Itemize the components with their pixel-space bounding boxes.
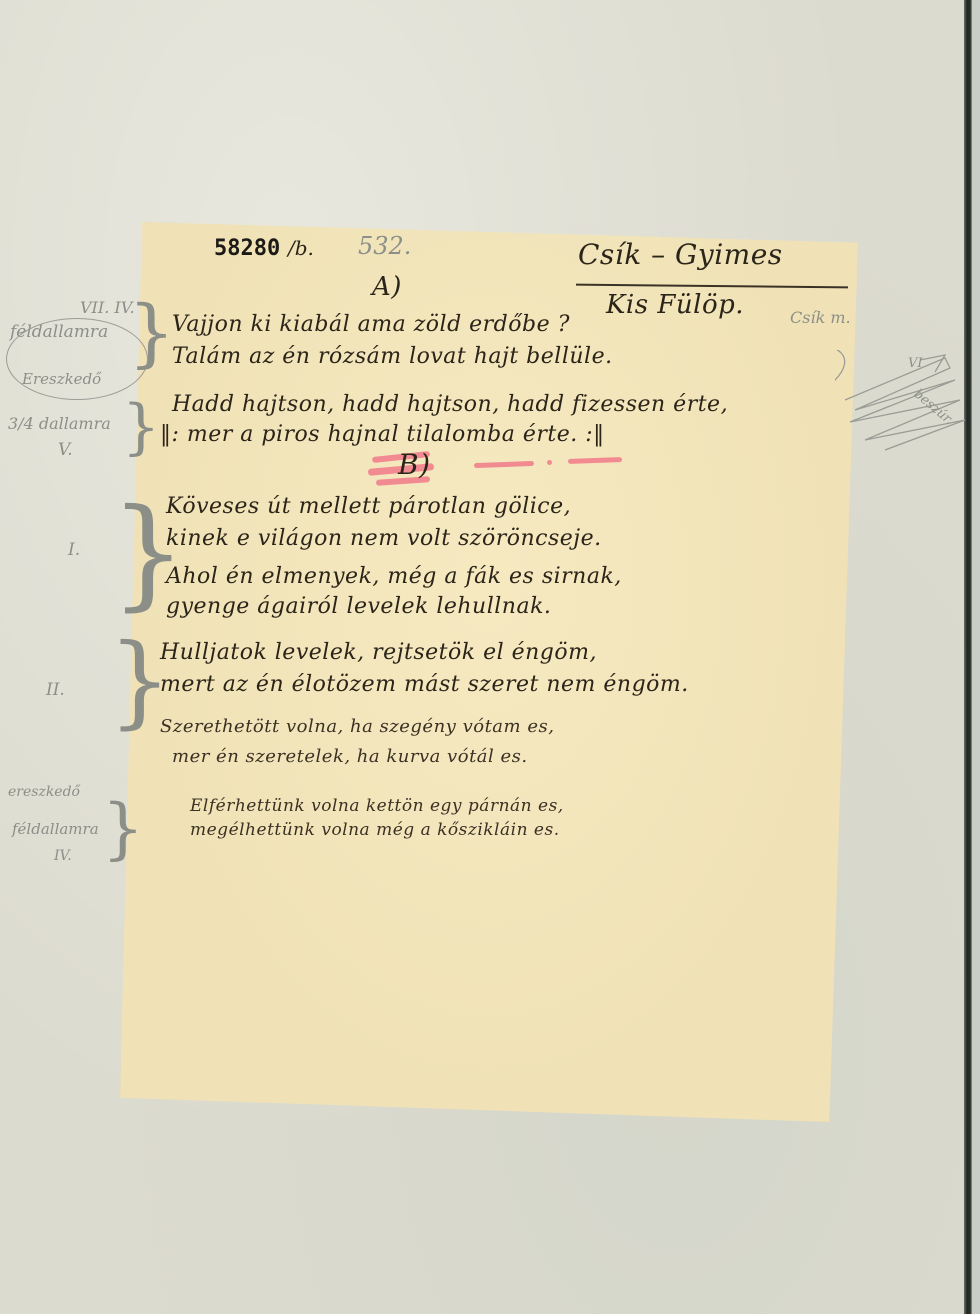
archive-stamp-number: 58280 [214, 236, 280, 261]
archive-stamp-suffix: /b. [288, 236, 314, 260]
lyric-line: Talám az én rózsám lovat hajt bellüle. [172, 344, 613, 369]
section-b-label: B) [398, 448, 431, 481]
brace-icon: } [128, 290, 175, 376]
margin-numerals: VII. IV. [80, 298, 135, 317]
scan-border [972, 0, 980, 1314]
brace-icon: } [122, 392, 160, 462]
margin-note: 3/4 dallamra [8, 414, 111, 433]
margin-numeral: II. [46, 680, 65, 700]
place-title: Csík – Gyimes [578, 238, 783, 271]
lyric-line: mert az én élotözem mást szeret nem éngö… [160, 672, 689, 697]
lyric-line: Hulljatok levelek, rejtsetök el éngöm, [160, 640, 597, 665]
cardboard-edge [964, 0, 972, 1314]
margin-note: féldallamra [12, 820, 99, 838]
lyric-line: Hadd hajtson, hadd hajtson, hadd fizesse… [172, 392, 728, 417]
margin-numeral: V. [58, 440, 73, 460]
pencil-reference-number: 532. [358, 232, 411, 260]
brace-icon: } [110, 484, 186, 623]
brace-icon: } [102, 790, 144, 867]
brace-icon: } [108, 622, 172, 739]
lyric-line: megélhettünk volna még a kőszikláin es. [190, 820, 560, 840]
red-pencil-dot [547, 460, 552, 465]
county-note: Csík m. [790, 308, 851, 327]
singer-name: Kis Fülöp. [606, 290, 744, 320]
lyric-line: Elférhettünk volna kettön egy párnán es, [190, 796, 564, 816]
lyric-line: Ahol én elmenyek, még a fák es sirnak, [166, 564, 622, 589]
margin-numerals: VI [908, 356, 923, 371]
lyric-line: Vajjon ki kiabál ama zöld erdőbe ? [172, 312, 570, 337]
margin-numeral: IV. [54, 848, 72, 864]
lyric-line: kinek e világon nem volt szöröncseje. [166, 526, 602, 551]
margin-numeral: I. [68, 540, 80, 560]
lyric-line: mer én szeretelek, ha kurva vótál es. [172, 746, 528, 767]
margin-note: ereszkedő [8, 784, 80, 800]
section-a-label: A) [372, 272, 402, 302]
lyric-line: ‖: mer a piros hajnal tilalomba érte. :‖ [160, 422, 605, 447]
lyric-line: gyenge ágairól levelek lehullnak. [166, 594, 551, 619]
lyric-line: Szerethetött volna, ha szegény vótam es, [160, 716, 554, 737]
margin-note: Ereszkedő [22, 370, 101, 388]
lyric-line: Köveses út mellett párotlan gölice, [166, 494, 571, 519]
